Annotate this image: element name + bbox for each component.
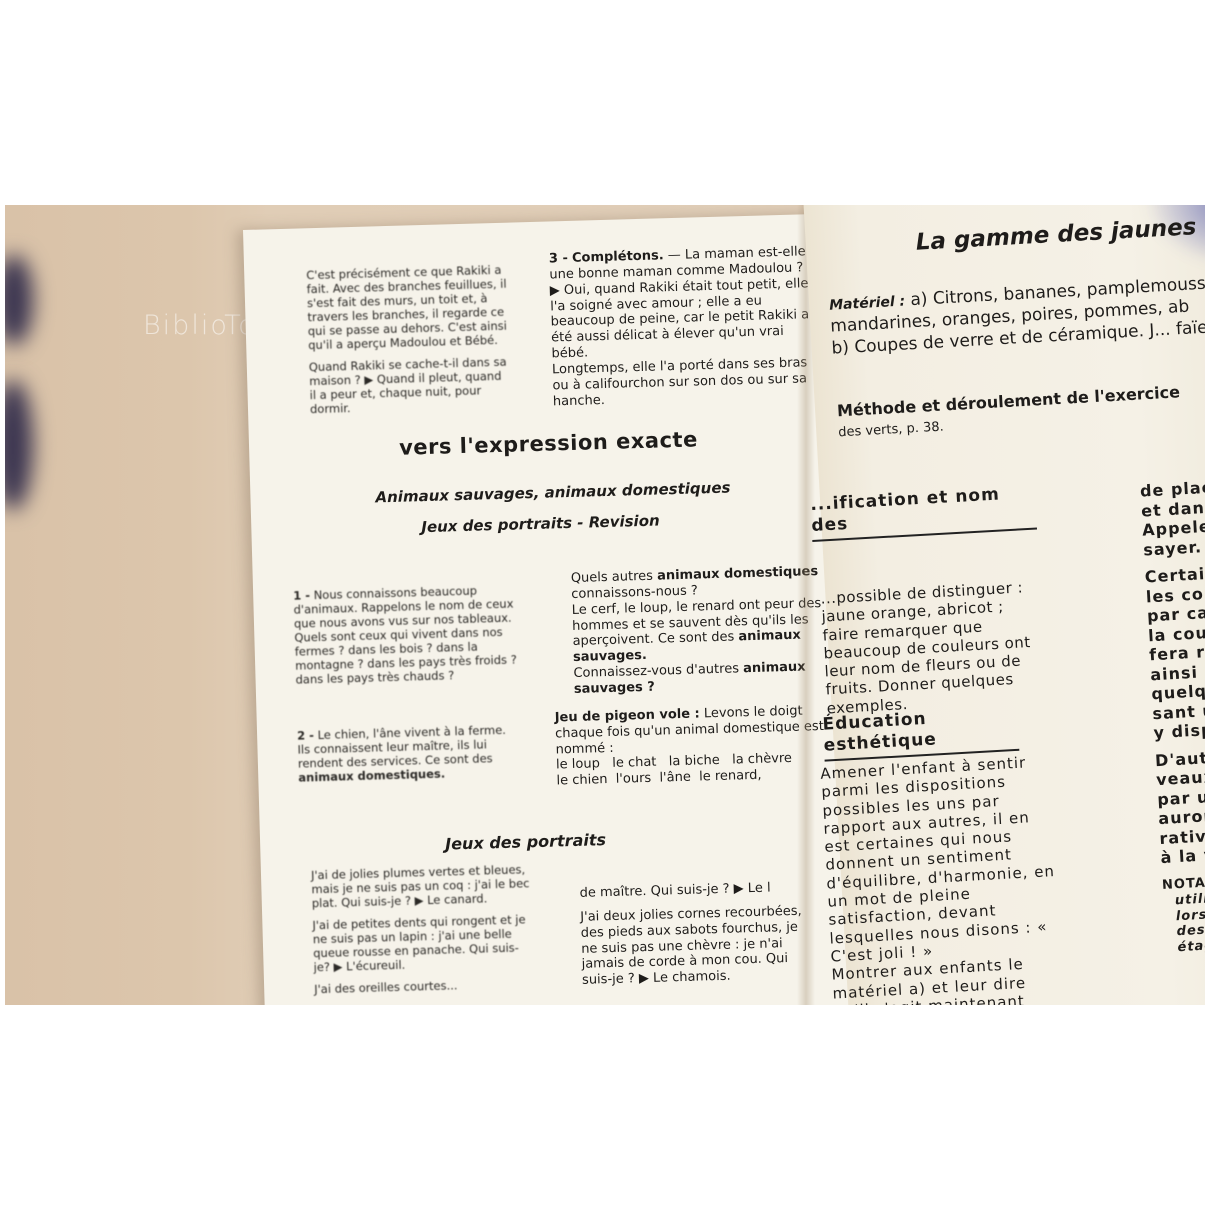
subheading: Jeux des portraits - Revision (421, 511, 660, 536)
section-heading: Éducation esthétique (822, 704, 1019, 762)
riddle: J'ai de petites dents qui rongent et je … (312, 912, 533, 974)
book-photo: BiblioToc C'est précisément ce que Rakik… (5, 205, 1205, 1005)
left-page: C'est précisément ce que Rakiki a fait. … (243, 213, 865, 1005)
section-heading: vers l'expression exacte (399, 427, 698, 461)
right-page: La gamme des jaunes Matériel : a) Citron… (803, 205, 1205, 1005)
line: de place (1140, 473, 1205, 501)
subheading: Animaux sauvages, animaux domestiques (375, 478, 730, 506)
bold-term: animaux domestiques (657, 564, 818, 583)
paragraph: Quand Rakiki se cache-t-il dans sa maiso… (309, 355, 510, 417)
intro-text: C'est précisément ce que Rakiki a fait. … (306, 263, 510, 425)
portraits-heading: Jeux des portraits (445, 830, 606, 854)
riddle: de maître. Qui suis-je ? ▶ Le l (579, 879, 809, 901)
animals-questions: Quels autres animaux domestiques connais… (571, 564, 827, 797)
riddle: J'ai des oreilles courtes... (314, 976, 534, 996)
paragraph: Longtemps, elle l'a porté dans ses bras … (552, 355, 808, 409)
item-number: 3 - (549, 251, 568, 267)
background-shadow (5, 255, 33, 345)
label: Méthode et déroulement de l'exercice (837, 382, 1181, 420)
section-heading: ...ification et nom des (810, 483, 1037, 543)
portraits-col2: de maître. Qui suis-je ? ▶ Le l J'ai deu… (579, 879, 812, 997)
bold-term: animaux domestiques. (298, 767, 445, 785)
section2-text: Amener l'enfant à sentir parmi les dispo… (820, 752, 1069, 1005)
item-number: 2 - (297, 728, 314, 742)
riddle: J'ai deux jolies cornes recourbées, des … (580, 903, 812, 989)
item-2: 2 - Le chien, l'âne vivent à la ferme. I… (297, 722, 523, 784)
text: Quels autres (571, 569, 654, 586)
label: Matériel : (829, 293, 906, 313)
item-1: 1 - Nous connaissons beaucoup d'animaux.… (293, 582, 521, 686)
right-column: de place et dans Appeler sayer. Certains… (1140, 473, 1205, 957)
text: Connaissez-vous d'autres (573, 661, 739, 681)
background-shadow (5, 380, 33, 510)
section1-text: ...possible de distinguer : jaune orange… (820, 577, 1047, 717)
methode-block: Méthode et déroulement de l'exercice des… (837, 378, 1205, 441)
portraits-col1: J'ai de jolies plumes vertes et bleues, … (311, 862, 535, 1004)
text: des verts, p. 38. (838, 419, 944, 440)
paragraph: Nous connaissons beaucoup d'animaux. Rap… (293, 584, 517, 687)
paragraph: Le chien, l'âne vivent à la ferme. Ils c… (297, 723, 506, 771)
paragraph: C'est précisément ce que Rakiki a fait. … (306, 263, 508, 353)
nota: NOTA. — La m utilisée pour lorsque le su… (1162, 869, 1205, 957)
item-label: Complétons. (572, 248, 664, 266)
nota-label: NOTA. (1162, 875, 1205, 893)
materiel-block: Matériel : a) Citrons, bananes, pamplemo… (829, 270, 1205, 360)
riddle: J'ai de jolies plumes vertes et bleues, … (311, 862, 532, 910)
text: Amener l'enfant à sentir parmi les dispo… (820, 753, 1056, 965)
item-number: 1 - (293, 588, 310, 602)
completons-block: 3 - Complétons. — La maman est-elle une … (549, 244, 815, 410)
